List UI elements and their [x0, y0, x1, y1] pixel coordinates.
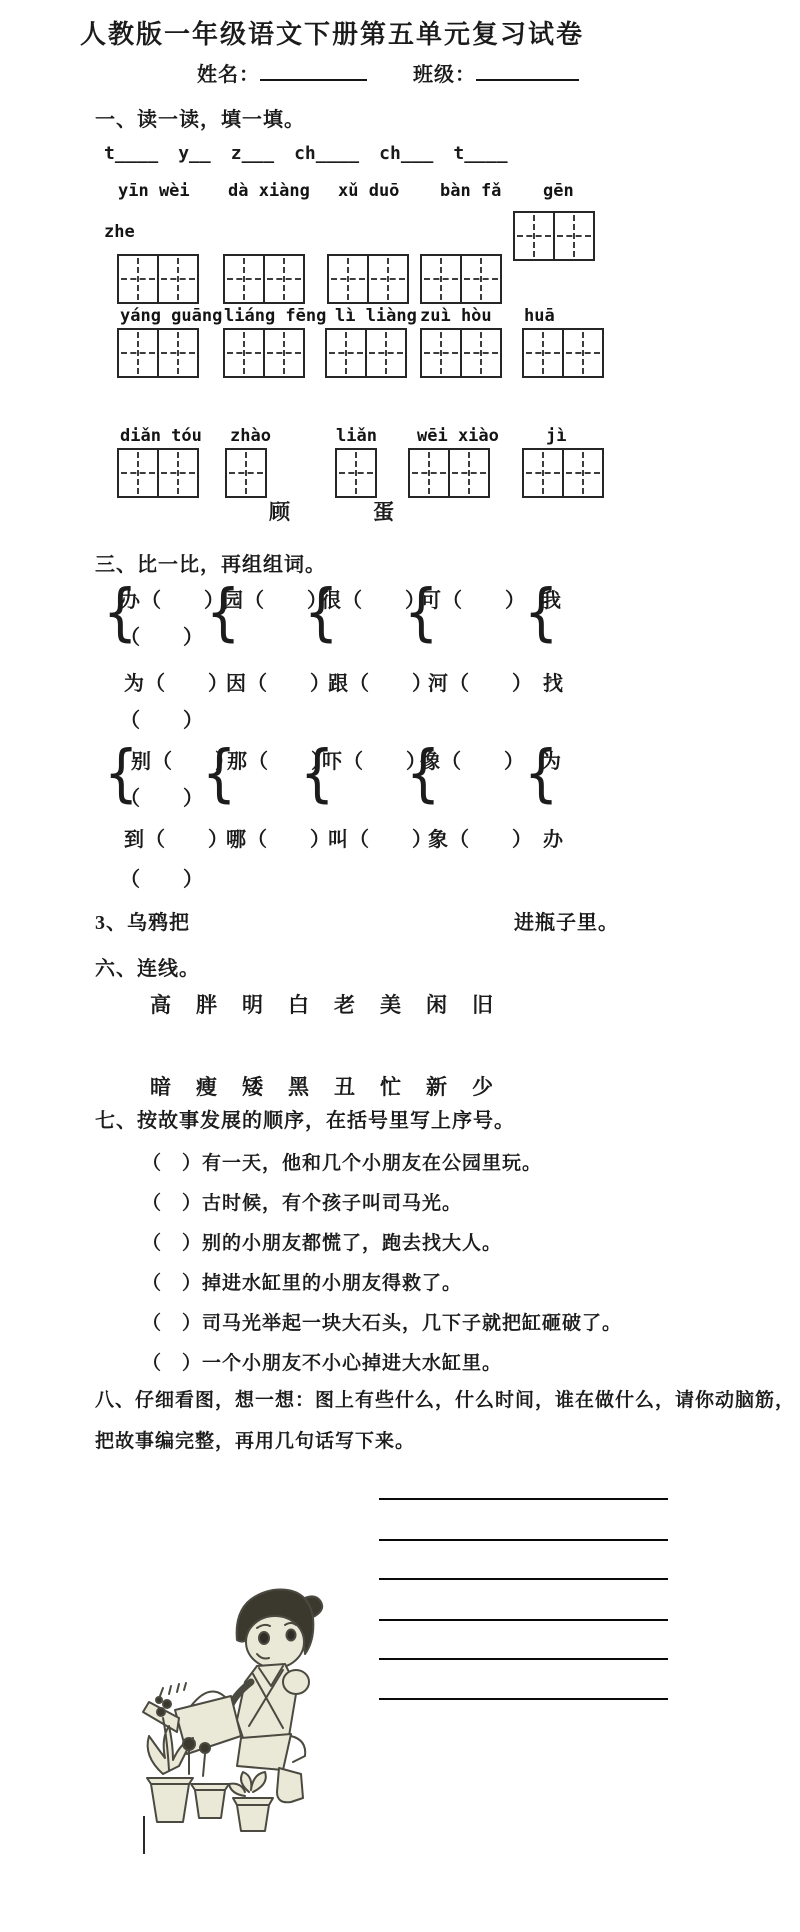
- boot: [277, 1768, 303, 1802]
- writing-grid-zhao[interactable]: [225, 448, 267, 498]
- grid-cell[interactable]: [119, 450, 157, 496]
- grid-cell[interactable]: [524, 450, 562, 496]
- illustration-child-watering-flowers: [133, 1578, 338, 1833]
- name-field[interactable]: [260, 62, 367, 81]
- pinyin-hua: huā: [524, 306, 555, 326]
- writing-grid-lian[interactable]: [335, 448, 377, 498]
- hint-char-dan: 蛋: [373, 496, 394, 526]
- pot: [151, 1784, 189, 1822]
- writing-grid-weixiao[interactable]: [408, 448, 490, 498]
- pinyin-diantou: diǎn tóu: [120, 426, 202, 446]
- compare-word[interactable]: 别（ ）: [131, 745, 236, 774]
- grid-cell[interactable]: [460, 330, 500, 376]
- match-word[interactable]: 矮: [242, 1071, 263, 1101]
- text-cursor-mark: [143, 1816, 145, 1854]
- pinyin-ji: jì: [546, 426, 566, 446]
- match-word[interactable]: 白: [288, 989, 309, 1019]
- match-word[interactable]: 瘦: [196, 1071, 217, 1101]
- compare-word[interactable]: 叫（ ）: [328, 823, 433, 852]
- crow-sentence-prefix: 3、乌鸦把: [95, 906, 190, 935]
- eye: [259, 1632, 269, 1644]
- match-top-row: 高胖明白老美闲旧: [150, 989, 493, 1019]
- crow-sentence-suffix: 进瓶子里。: [514, 906, 619, 935]
- compare-word[interactable]: 河（ ）: [428, 667, 533, 696]
- match-word[interactable]: 美: [380, 989, 401, 1019]
- compare-word: 我: [541, 584, 562, 613]
- pinyin-gen: gēn: [543, 181, 574, 201]
- writing-grid-yangguang[interactable]: [117, 328, 199, 378]
- writing-grid-daxiang[interactable]: [223, 254, 305, 304]
- initial-prefix: z: [231, 143, 242, 164]
- pinyin-zuihou: zuì hòu: [420, 306, 492, 326]
- eye: [287, 1630, 296, 1641]
- sequence-item[interactable]: （ ）一个小朋友不小心掉进大水缸里。: [142, 1348, 502, 1375]
- writing-line[interactable]: [379, 1619, 668, 1621]
- initial-blank-item[interactable]: t____: [453, 143, 507, 164]
- initial-prefix: t: [104, 143, 115, 164]
- writing-grid-xuduo[interactable]: [327, 254, 409, 304]
- compare-word[interactable]: 园（ ）: [223, 584, 328, 613]
- match-word[interactable]: 旧: [472, 989, 493, 1019]
- match-word[interactable]: 胖: [196, 989, 217, 1019]
- section-one-heading: 一、读一读，填一填。: [95, 103, 305, 132]
- grid-cell[interactable]: [119, 330, 157, 376]
- writing-line[interactable]: [379, 1539, 668, 1541]
- bud: [156, 1697, 162, 1703]
- compare-word: 为: [541, 745, 562, 774]
- sequence-item[interactable]: （ ）别的小朋友都慌了，跑去找大人。: [142, 1228, 502, 1255]
- initial-prefix: t: [453, 143, 464, 164]
- writing-grid-yinwei[interactable]: [117, 254, 199, 304]
- match-word[interactable]: 高: [150, 989, 171, 1019]
- compare-word[interactable]: 可（ ）: [421, 584, 526, 613]
- pinyin-liliang: lì liàng: [335, 306, 417, 326]
- leg: [291, 1736, 305, 1762]
- initial-blank[interactable]: ____: [316, 143, 359, 164]
- grid-cell[interactable]: [460, 256, 500, 302]
- writing-line[interactable]: [379, 1658, 668, 1660]
- grid-cell[interactable]: [422, 330, 460, 376]
- grid-cell[interactable]: [337, 450, 375, 496]
- writing-grid-diantou[interactable]: [117, 448, 199, 498]
- pinyin-zhe: zhe: [104, 222, 135, 242]
- grid-cell[interactable]: [422, 256, 460, 302]
- name-class-line: 姓名：班级：: [197, 58, 579, 87]
- writing-grid-ji[interactable]: [522, 448, 604, 498]
- grid-cell[interactable]: [225, 256, 263, 302]
- sequence-item[interactable]: （ ）有一天，他和几个小朋友在公园里玩。: [142, 1148, 542, 1175]
- writing-line[interactable]: [379, 1498, 668, 1500]
- bud: [163, 1700, 171, 1708]
- match-word[interactable]: 少: [472, 1071, 493, 1101]
- initial-prefix: ch: [294, 143, 316, 164]
- grid-cell[interactable]: [562, 450, 602, 496]
- grid-cell[interactable]: [157, 256, 197, 302]
- seedling: [229, 1772, 266, 1796]
- pot-rim: [233, 1798, 273, 1805]
- water-drops: [160, 1683, 186, 1696]
- writing-grid-liangfeng[interactable]: [223, 328, 305, 378]
- section-six-heading: 六、连线。: [95, 952, 200, 981]
- pinyin-xuduo: xǔ duō: [338, 181, 399, 201]
- answer-parens[interactable]: （ ）: [120, 621, 204, 650]
- pot: [237, 1805, 269, 1831]
- compare-word[interactable]: 那（ ）: [227, 745, 332, 774]
- grid-cell[interactable]: [524, 330, 562, 376]
- section-three-heading: 三、比一比，再组组词。: [95, 548, 326, 577]
- compare-word[interactable]: 像（ ）: [420, 745, 525, 774]
- grid-cell[interactable]: [448, 450, 488, 496]
- compare-word[interactable]: 因（ ）: [226, 667, 331, 696]
- writing-line[interactable]: [379, 1578, 668, 1580]
- compare-word[interactable]: 哪（ ）: [226, 823, 331, 852]
- class-label: 班级：: [413, 64, 476, 86]
- match-word[interactable]: 新: [426, 1071, 447, 1101]
- compare-word[interactable]: 为（ ）: [124, 667, 229, 696]
- pinyin-liangfeng: liáng fēng: [224, 306, 326, 326]
- initials-row: t____y__z___ch____ch___t____: [104, 143, 508, 164]
- writing-line[interactable]: [379, 1698, 668, 1700]
- sequence-item[interactable]: （ ）掉进水缸里的小朋友得救了。: [142, 1268, 462, 1295]
- grid-cell[interactable]: [327, 330, 365, 376]
- grid-cell[interactable]: [562, 330, 602, 376]
- pinyin-yangguang: yáng guāng: [120, 306, 222, 326]
- initial-prefix: y: [178, 143, 189, 164]
- initial-prefix: ch: [379, 143, 401, 164]
- grid-cell[interactable]: [329, 256, 367, 302]
- bud: [157, 1708, 165, 1716]
- initial-blank[interactable]: ___: [401, 143, 434, 164]
- pinyin-zhao: zhào: [230, 426, 271, 446]
- match-word[interactable]: 暗: [150, 1071, 171, 1101]
- writing-grid-banfa[interactable]: [420, 254, 502, 304]
- name-label: 姓名：: [197, 64, 260, 86]
- answer-parens[interactable]: （ ）: [120, 704, 204, 733]
- initial-blank-item[interactable]: ch___: [379, 143, 433, 164]
- initial-blank[interactable]: ____: [115, 143, 158, 164]
- match-word[interactable]: 明: [242, 989, 263, 1019]
- pinyin-weixiao: wēi xiào: [417, 426, 499, 446]
- flower-head: [200, 1743, 210, 1753]
- sleeve: [283, 1670, 309, 1694]
- sequence-item[interactable]: （ ）司马光举起一块大石头，几下子就把缸砸破了。: [142, 1308, 622, 1335]
- section-eight-heading-line2: 把故事编完整，再用几句话写下来。: [95, 1426, 415, 1453]
- flower-stems: [189, 1750, 205, 1776]
- shorts: [237, 1734, 291, 1770]
- initial-blank-item[interactable]: ch____: [294, 143, 359, 164]
- initial-blank[interactable]: __: [189, 143, 211, 164]
- match-word[interactable]: 闲: [426, 989, 447, 1019]
- match-word[interactable]: 老: [334, 989, 355, 1019]
- grid-cell[interactable]: [227, 450, 265, 496]
- grid-cell[interactable]: [410, 450, 448, 496]
- grid-cell[interactable]: [263, 256, 303, 302]
- grid-cell[interactable]: [515, 213, 553, 259]
- grid-cell[interactable]: [367, 256, 407, 302]
- compare-word[interactable]: 办（ ）: [120, 584, 225, 613]
- pinyin-daxiang: dà xiàng: [228, 181, 310, 201]
- pinyin-banfa: bàn fǎ: [440, 181, 501, 201]
- pot: [195, 1790, 225, 1818]
- writing-grid-hua[interactable]: [522, 328, 604, 378]
- match-word[interactable]: 丑: [334, 1071, 355, 1101]
- hint-char-gu: 顾: [269, 496, 290, 526]
- match-word[interactable]: 黑: [288, 1071, 309, 1101]
- initial-blank[interactable]: ___: [242, 143, 275, 164]
- initial-blank-item[interactable]: t____: [104, 143, 158, 164]
- writing-grid-zuihou[interactable]: [420, 328, 502, 378]
- compare-word: 办: [543, 823, 564, 852]
- grid-cell[interactable]: [157, 330, 197, 376]
- answer-parens[interactable]: （ ）: [120, 782, 204, 811]
- compare-word[interactable]: 到（ ）: [124, 823, 229, 852]
- compare-word[interactable]: 跟（ ）: [328, 667, 433, 696]
- initial-blank[interactable]: ____: [464, 143, 507, 164]
- pinyin-lian: liǎn: [336, 426, 377, 446]
- flower-head: [183, 1738, 195, 1750]
- match-bottom-row: 暗瘦矮黑丑忙新少: [150, 1071, 493, 1101]
- compare-word[interactable]: 象（ ）: [428, 823, 533, 852]
- section-eight-heading-line1: 八、仔细看图，想一想：图上有些什么，什么时间，谁在做什么，请你动脑筋，: [95, 1385, 795, 1412]
- writing-grid-liliang[interactable]: [325, 328, 407, 378]
- grid-cell[interactable]: [157, 450, 197, 496]
- grid-cell[interactable]: [263, 330, 303, 376]
- section-seven-heading: 七、按故事发展的顺序，在括号里写上序号。: [95, 1104, 515, 1133]
- answer-parens[interactable]: （ ）: [120, 863, 204, 892]
- class-field[interactable]: [476, 62, 579, 81]
- match-word[interactable]: 忙: [380, 1071, 401, 1101]
- compare-word: 找: [543, 667, 564, 696]
- initial-blank-item[interactable]: z___: [231, 143, 274, 164]
- compare-word[interactable]: 很（ ）: [321, 584, 426, 613]
- grid-cell[interactable]: [365, 330, 405, 376]
- writing-grid-genzhe[interactable]: [513, 211, 595, 261]
- worksheet-page: 人教版一年级语文下册第五单元复习试卷 姓名：班级： 一、读一读，填一填。 t__…: [0, 0, 800, 1932]
- grid-cell[interactable]: [553, 213, 593, 259]
- compare-word[interactable]: 吓（ ）: [322, 745, 427, 774]
- grid-cell[interactable]: [225, 330, 263, 376]
- grid-cell[interactable]: [119, 256, 157, 302]
- initial-blank-item[interactable]: y__: [178, 143, 211, 164]
- pinyin-yinwei: yīn wèi: [118, 181, 190, 201]
- page-title: 人教版一年级语文下册第五单元复习试卷: [0, 14, 664, 51]
- sequence-item[interactable]: （ ）古时候，有个孩子叫司马光。: [142, 1188, 462, 1215]
